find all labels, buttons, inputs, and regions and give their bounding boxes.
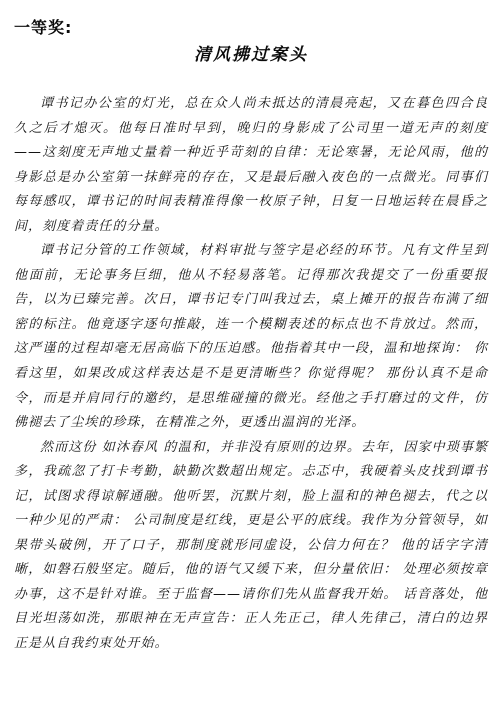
award-label: 一等奖: — [14, 18, 488, 38]
essay-body: 谭书记办公室的灯光，总在众人尚未抵达的清晨亮起，又在暮色四合良久之后才熄灭。他每… — [14, 92, 488, 657]
essay-paragraph-1: 谭书记办公室的灯光，总在众人尚未抵达的清晨亮起，又在暮色四合良久之后才熄灭。他每… — [14, 92, 488, 239]
essay-paragraph-3: 然而这份 如沐春风 的温和，并非没有原则的边界。去年，因家中琐事繁多，我疏忽了打… — [14, 436, 488, 657]
document-page: 一等奖: 清风拂过案头 谭书记办公室的灯光，总在众人尚未抵达的清晨亮起，又在暮色… — [0, 0, 502, 708]
essay-title: 清风拂过案头 — [14, 44, 488, 66]
essay-paragraph-2: 谭书记分管的工作领域，材料审批与签字是必经的环节。凡有文件呈到他面前，无论事务巨… — [14, 239, 488, 435]
